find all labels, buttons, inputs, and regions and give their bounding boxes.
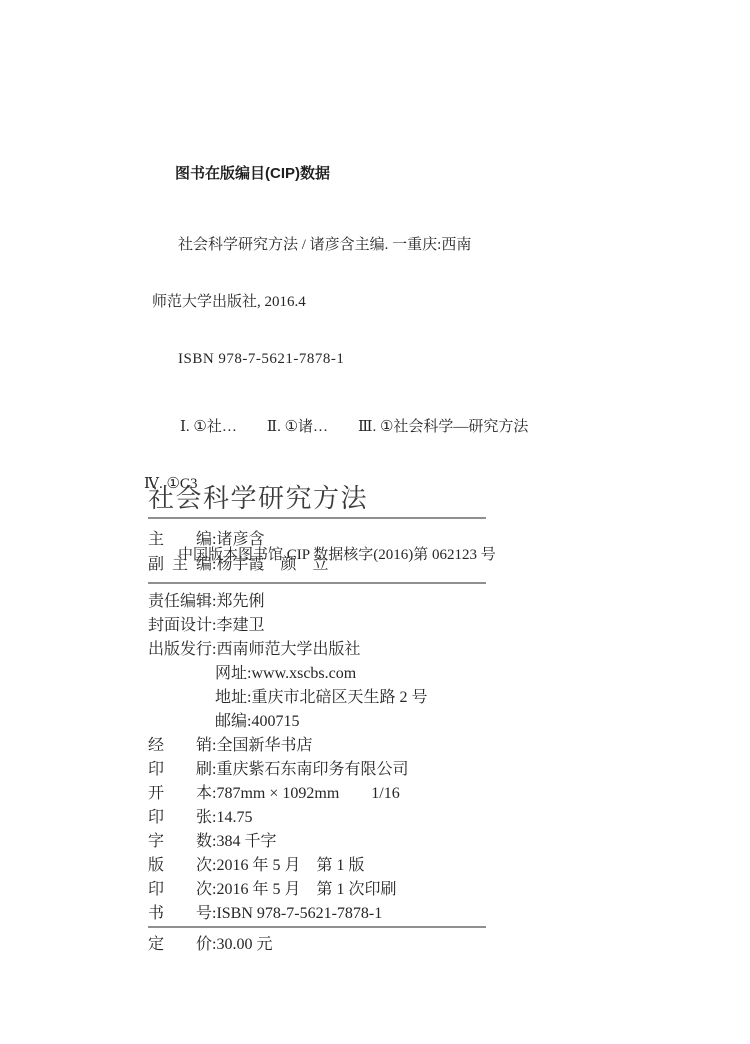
row-value: 全国新华书店 — [216, 737, 312, 754]
info-row-distributor: 经 销:全国新华书店 — [148, 734, 486, 758]
editors-section: 主 编:诸彦含 副 主 编:杨宇霞 颜 立 — [148, 519, 486, 582]
row-value: 400715 — [251, 713, 299, 730]
row-label: 开 本 — [148, 782, 212, 806]
info-row-printing: 印 次:2016 年 5 月 第 1 次印刷 — [148, 878, 486, 902]
row-value: 787mm × 1092mm 1/16 — [216, 785, 399, 802]
row-label: 印 刷 — [148, 758, 212, 782]
row-value: www.xscbs.com — [251, 665, 356, 682]
row-value: 384 千字 — [216, 833, 276, 850]
info-row-postcode: 邮编:400715 — [215, 710, 486, 734]
row-label: 印 次 — [148, 878, 212, 902]
row-label: 版 次 — [148, 854, 212, 878]
editor-row-deputy: 副 主 编:杨宇霞 颜 立 — [148, 552, 486, 577]
price-row: 定 价:30.00 元 — [148, 932, 486, 958]
row-value: ISBN 978-7-5621-7878-1 — [216, 905, 382, 922]
row-label: 印 张 — [148, 806, 212, 830]
cip-isbn-line: ISBN 978-7-5621-7878-1 — [178, 350, 580, 369]
info-row-word-count: 字 数:384 千字 — [148, 830, 486, 854]
price-section: 定 价:30.00 元 — [148, 928, 486, 958]
colophon-block: 社会科学研究方法 主 编:诸彦含 副 主 编:杨宇霞 颜 立 责任编辑:郑先俐 … — [148, 482, 486, 958]
info-row-website: 网址:www.xscbs.com — [215, 662, 486, 686]
row-label: 出版发行 — [148, 638, 212, 662]
cip-entry-line-2: 师范大学出版社, 2016.4 — [152, 293, 580, 312]
info-row-responsible-editor: 责任编辑:郑先俐 — [148, 590, 486, 614]
row-label: 副 主 编 — [148, 552, 212, 577]
row-label: 地址 — [215, 689, 247, 706]
info-row-publisher: 出版发行:西南师范大学出版社 — [148, 638, 486, 662]
row-value: 西南师范大学出版社 — [216, 641, 360, 658]
info-row-format: 开 本:787mm × 1092mm 1/16 — [148, 782, 486, 806]
info-row-printer: 印 刷:重庆紫石东南印务有限公司 — [148, 758, 486, 782]
cip-heading: 图书在版编目(CIP)数据 — [175, 164, 580, 183]
row-label: 字 数 — [148, 830, 212, 854]
row-label: 定 价 — [148, 932, 212, 958]
row-label: 邮编 — [215, 713, 247, 730]
row-value: 诸彦含 — [216, 531, 264, 548]
row-value: 重庆紫石东南印务有限公司 — [216, 761, 408, 778]
info-row-address: 地址:重庆市北碚区天生路 2 号 — [215, 686, 486, 710]
row-value: 14.75 — [216, 809, 252, 826]
cip-entry-line-1: 社会科学研究方法 / 诸彦含主编. 一重庆:西南 — [178, 236, 580, 255]
row-label: 经 销 — [148, 734, 212, 758]
row-label: 书 号 — [148, 902, 212, 926]
cip-classification-line-1: Ⅰ. ①社… Ⅱ. ①诸… Ⅲ. ①社会科学—研究方法 — [180, 418, 580, 437]
row-value: 30.00 元 — [216, 936, 272, 953]
publication-info-section: 责任编辑:郑先俐 封面设计:李建卫 出版发行:西南师范大学出版社 网址:www.… — [148, 584, 486, 926]
row-label: 网址 — [215, 665, 247, 682]
book-title: 社会科学研究方法 — [148, 482, 486, 514]
row-value: 杨宇霞 颜 立 — [216, 556, 328, 573]
row-value: 2016 年 5 月 第 1 次印刷 — [216, 881, 396, 898]
info-row-cover-design: 封面设计:李建卫 — [148, 614, 486, 638]
editor-row-chief: 主 编:诸彦含 — [148, 527, 486, 552]
row-label: 主 编 — [148, 527, 212, 552]
row-value: 李建卫 — [216, 617, 264, 634]
info-row-sheets: 印 张:14.75 — [148, 806, 486, 830]
row-value: 重庆市北碚区天生路 2 号 — [251, 689, 427, 706]
row-label: 封面设计 — [148, 614, 212, 638]
row-label: 责任编辑 — [148, 590, 212, 614]
row-value: 2016 年 5 月 第 1 版 — [216, 857, 364, 874]
info-row-isbn: 书 号:ISBN 978-7-5621-7878-1 — [148, 902, 486, 926]
row-value: 郑先俐 — [216, 593, 264, 610]
info-row-edition: 版 次:2016 年 5 月 第 1 版 — [148, 854, 486, 878]
